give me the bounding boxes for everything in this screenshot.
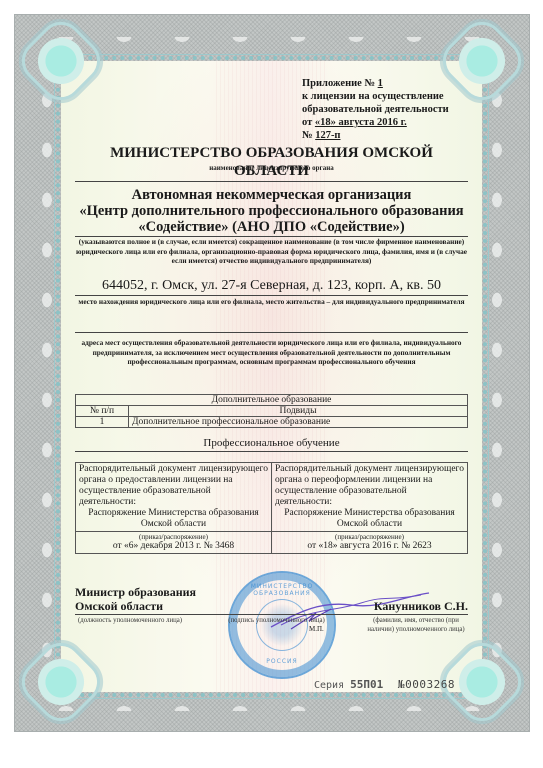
decree-date-cell-reissue: (приказ/распоряжение) от «18» августа 20… [272, 532, 468, 554]
appendix-reg-label: № [302, 130, 315, 141]
blank-number: №0003268 [398, 678, 455, 691]
licensee-name: Автономная некоммерческая организация «Ц… [75, 187, 468, 237]
seal-text: РОССИЯ [230, 658, 334, 665]
signatory-name: Канунников С.Н. [374, 599, 468, 613]
position-caption: (должность уполномоченного лица) [75, 617, 185, 626]
licensee-line: «Содействие» (АНО ДПО «Содействие») [75, 219, 468, 235]
decree-date-cell-issue: (приказ/распоряжение) от «6» декабря 201… [76, 532, 272, 554]
table-title: Дополнительное образование [76, 395, 468, 406]
places-caption: адреса мест осуществления образовательно… [75, 338, 468, 367]
frame-side-pattern-right [489, 75, 505, 675]
decree-name: Распоряжение Министерства образования Ом… [79, 508, 268, 530]
decree-cell-issue: Распорядительный документ лицензирующего… [76, 463, 272, 532]
decree-date: от «18» августа 2016 г. № 2623 [275, 541, 464, 552]
appendix-line: образовательной деятельности [302, 103, 472, 116]
professional-training-title: Профессиональное обучение [75, 436, 468, 452]
additional-education-table: Дополнительное образование № п/п Подвиды… [75, 394, 468, 428]
decree-description: Распорядительный документ лицензирующего… [275, 464, 464, 507]
licensee-address: 644052, г. Омск, ул. 27-я Северная, д. 1… [75, 277, 468, 296]
frame-side-pattern-left [39, 75, 55, 675]
position-line: Омской области [75, 599, 215, 613]
column-header-subtype: Подвиды [129, 406, 468, 417]
licensee-line: Автономная некоммерческая организация [75, 187, 468, 203]
appendix-header: Приложение № 1 к лицензии на осуществлен… [302, 77, 472, 142]
licensing-body-name: МИНИСТЕРСТВО ОБРАЗОВАНИЯ ОМСКОЙ ОБЛАСТИ [75, 144, 468, 182]
decree-cell-reissue: Распорядительный документ лицензирующего… [272, 463, 468, 532]
licensee-caption: (указываются полное и (в случае, если им… [75, 237, 468, 266]
places-line [75, 329, 468, 333]
position-line: Министр образования [75, 585, 215, 599]
license-appendix: Приложение № 1 к лицензии на осуществлен… [61, 61, 482, 692]
table-row: 1 Дополнительное профессиональное образо… [76, 417, 468, 428]
number-value: 0003268 [405, 678, 455, 691]
blank-series: Серия 55П01 [314, 678, 383, 691]
signature-line [75, 614, 468, 615]
appendix-date-label: от [302, 117, 315, 128]
decree-type-caption: (приказ/распоряжение) [79, 533, 268, 541]
decree-type-caption: (приказ/распоряжение) [275, 533, 464, 541]
name-caption: (фамилия, имя, отчество (при наличии) уп… [366, 617, 466, 634]
appendix-number: 1 [378, 78, 383, 89]
appendix-label: Приложение № [302, 78, 378, 89]
decree-table: Распорядительный документ лицензирующего… [75, 462, 468, 554]
series-label: Серия [314, 680, 344, 691]
address-caption: место нахождения юридического лица или е… [75, 297, 468, 307]
row-num: 1 [76, 417, 129, 428]
row-subtype: Дополнительное профессиональное образова… [129, 417, 468, 428]
appendix-reg-number: 127-п [315, 130, 340, 141]
decree-date: от «6» декабря 2013 г. № 3468 [79, 541, 268, 552]
decree-description: Распорядительный документ лицензирующего… [79, 464, 268, 507]
column-header-num: № п/п [76, 406, 129, 417]
decree-name: Распоряжение Министерства образования Ом… [275, 508, 464, 530]
seal-place-mark: М.П. [309, 625, 324, 633]
licensing-body-caption: наименование лицензирующего органа [75, 164, 468, 173]
licensee-line: «Центр дополнительного профессионального… [75, 203, 468, 219]
appendix-date: «18» августа 2016 г. [315, 117, 407, 128]
appendix-line: к лицензии на осуществление [302, 90, 472, 103]
series-value: 55П01 [350, 678, 383, 691]
signatory-position: Министр образования Омской области [75, 585, 215, 613]
